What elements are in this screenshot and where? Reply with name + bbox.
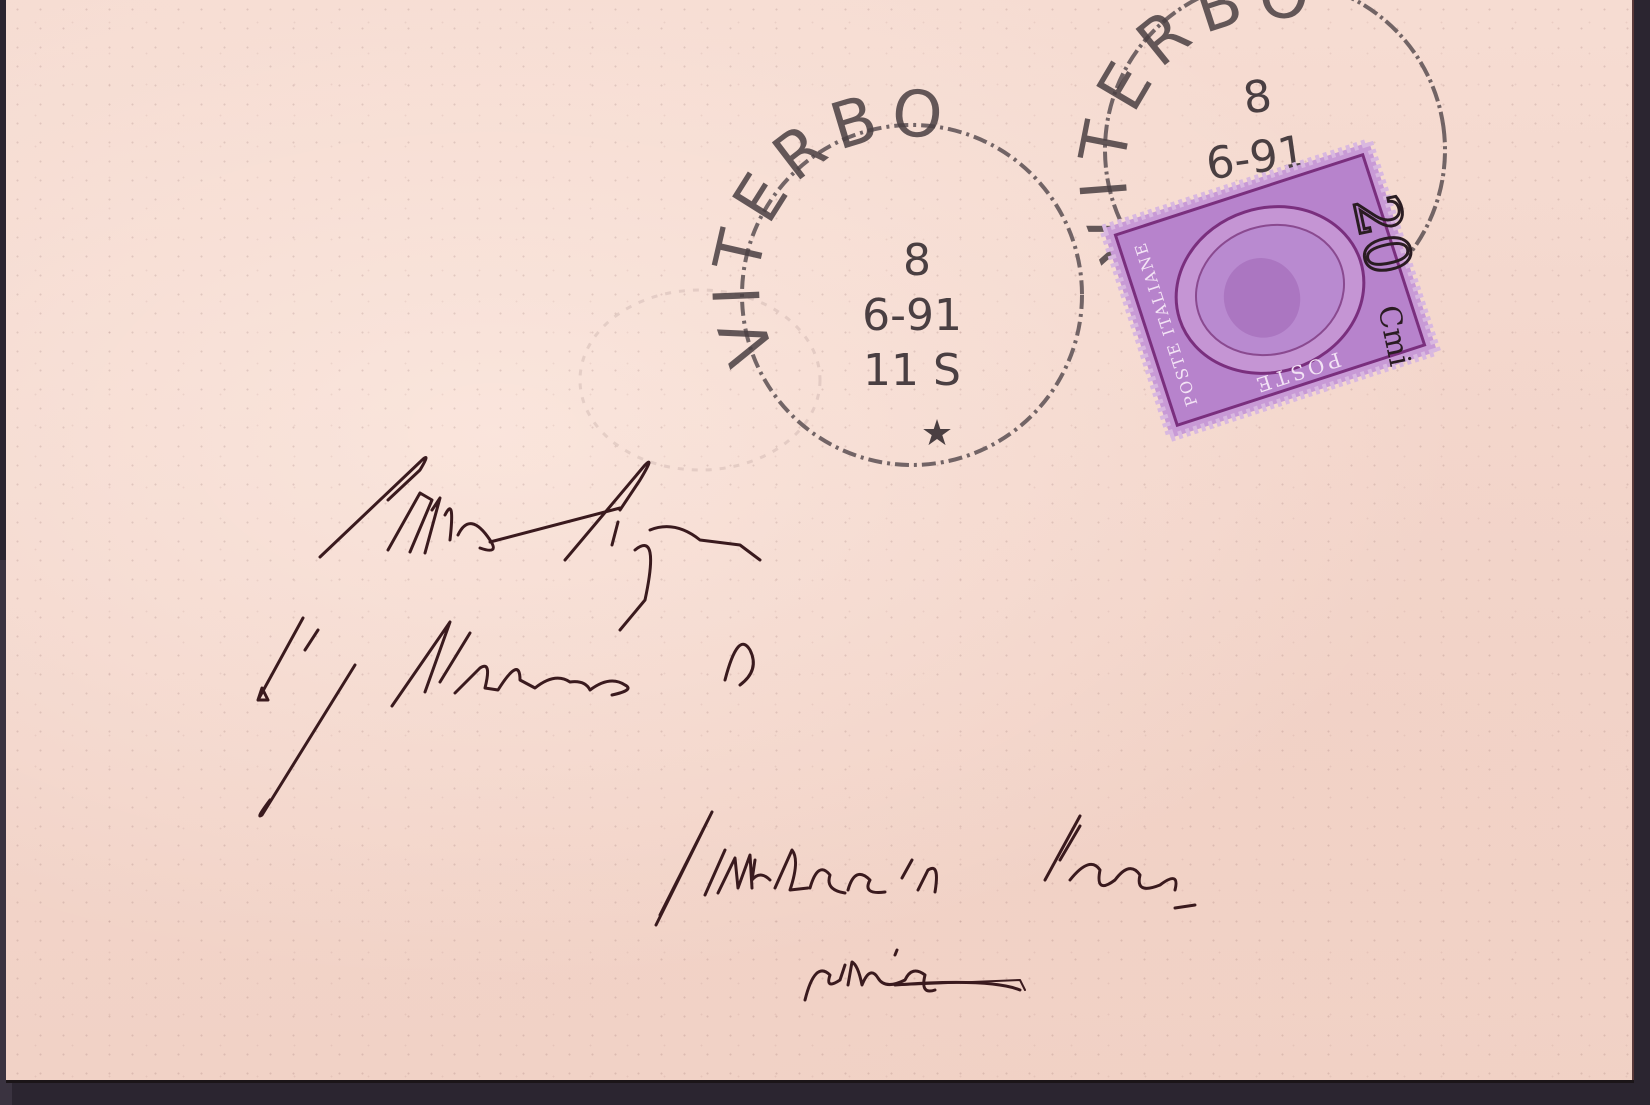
postmark-left-star: ★ [921, 413, 953, 454]
address-line-4 [805, 950, 1025, 1000]
postmark-left-time: 11 S [863, 345, 961, 396]
postmark-left-date: 6-91 [862, 290, 962, 341]
postmark-left: VITERBO 8 6-91 11 S ★ [700, 76, 1082, 465]
handwritten-address [258, 458, 1195, 1001]
stamp: POSTE POSTE ITALIANE 20 Cmi [1103, 135, 1463, 445]
envelope-markings: VITERBO 8 6-91 11 S ★ VITERBO 8 6-91 11 … [0, 0, 1650, 1105]
address-line-2 [258, 618, 753, 816]
postmark-right-day: 8 [1240, 70, 1275, 124]
address-line-1 [320, 458, 760, 631]
postmark-left-day: 8 [903, 235, 931, 286]
address-line-3 [656, 812, 1195, 925]
